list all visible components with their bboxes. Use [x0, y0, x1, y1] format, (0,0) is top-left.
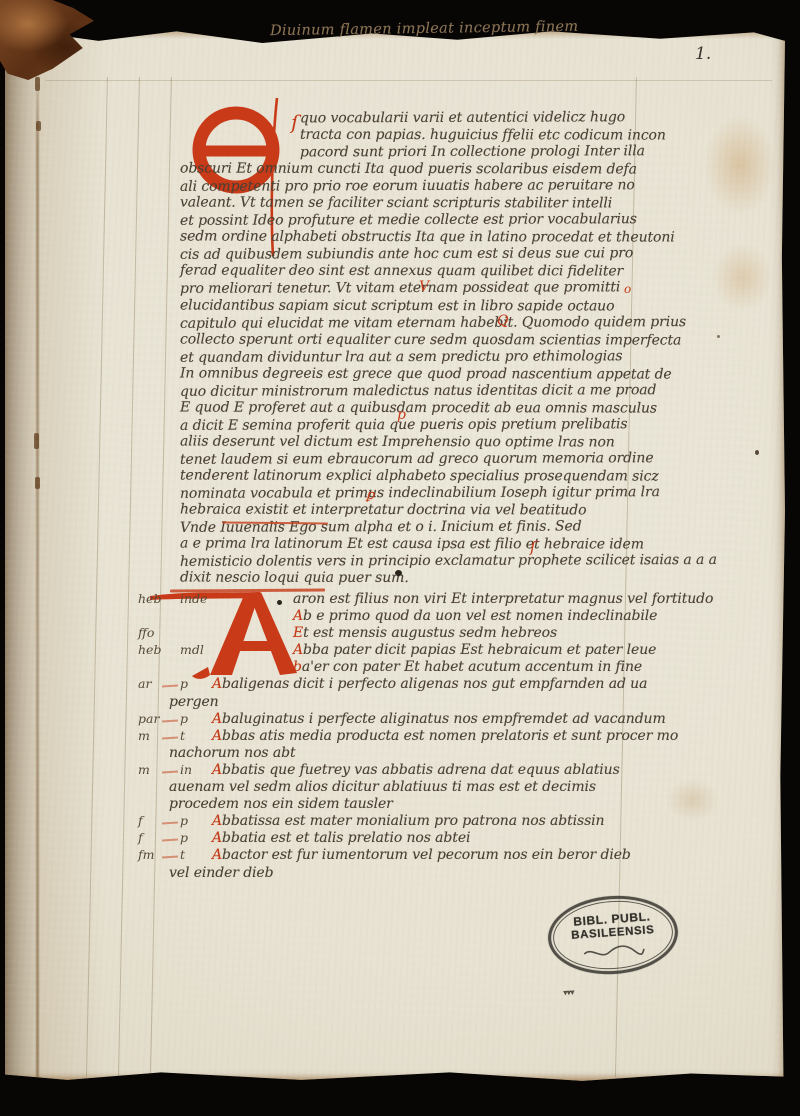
prologue-line: hemisticio dolentis vers in principio ex… — [180, 552, 652, 571]
prologue-line: capitulo qui elucidat me vitam eternam h… — [180, 314, 652, 333]
prologue-line: pro meliorari tenetur. Vt vitam eternam … — [180, 280, 652, 299]
prologue-line: tenet laudem si eum ebraucorum ad greco … — [180, 450, 652, 469]
margin-note: par — [138, 711, 159, 726]
entry-row: hebmdlAbba pater dicit papias Est hebrai… — [136, 642, 666, 659]
entry-row: auenam vel sedm alios dicitur ablatiuus … — [136, 779, 666, 796]
entry-text: vel einder dieb — [169, 865, 273, 881]
margin-note: in — [180, 762, 192, 777]
entry-row: fmtAbactor est fur iumentorum vel pecoru… — [136, 847, 666, 864]
margin-note: inde — [180, 591, 207, 606]
margin-note: ffo — [138, 625, 154, 640]
margin-note: fm — [138, 847, 154, 862]
margin-note: mdl — [180, 642, 204, 657]
entry-row: ffoEt est mensis augustus sedm hebreos — [136, 625, 666, 642]
prologue-line: et possint Ideo profuture et medie colle… — [180, 211, 652, 230]
ink-speck — [755, 450, 759, 455]
rubricated-initial: A — [212, 830, 222, 846]
rubricated-initial: A — [212, 676, 222, 692]
prologue-line: elucidantibus sapiam sicut scriptum est … — [180, 297, 652, 315]
margin-note: p — [180, 676, 188, 691]
entry-text: procedem nos ein sidem tausler — [169, 796, 393, 812]
margin-note: heb — [138, 642, 161, 657]
entry-text: Et est mensis augustus sedm hebreos — [293, 625, 557, 641]
entry-text: Abbatissa est mater monialium pro patron… — [212, 813, 604, 829]
margin-note: p — [180, 813, 188, 828]
red-margin-dash — [162, 719, 178, 722]
manuscript-photo: Diuinum flamen impleat inceptum finem 1.… — [0, 0, 800, 1116]
entry-text: Abaluginatus i perfecte aliginatus nos e… — [212, 711, 666, 727]
entry-text: Abbas atis media producta est nomen prel… — [212, 728, 678, 744]
prologue-line: aliis deserunt vel dictum est Imprehensi… — [180, 433, 652, 451]
entry-row: fpAbbatissa est mater monialium pro patr… — [136, 813, 666, 830]
ruling-line-vertical — [118, 77, 140, 1077]
red-margin-dash — [162, 685, 178, 688]
entry-text: ba'er con pater Et habet acutum accentum… — [293, 659, 642, 675]
prologue-line: hebraica existit et interpretatur doctri… — [180, 502, 652, 520]
prologue-line: E quod E proferet aut a quibusdam proced… — [180, 399, 652, 417]
entry-row: minAbbatis que fuetrey vas abbatis adren… — [136, 762, 666, 779]
margin-note: p — [180, 830, 188, 845]
rubricated-initial: A — [212, 813, 222, 829]
prologue-line: quo vocabularii varii et autentici videl… — [180, 109, 652, 128]
entry-row: arpAbaligenas dicit i perfecto aligenas … — [136, 676, 666, 693]
prologue-line: In omnibus degreeis est grece que quod p… — [180, 365, 652, 383]
rubricated-initial: b — [293, 659, 302, 675]
margin-note: f — [138, 830, 143, 845]
prologue-line: valeant. Vt tamen se faciliter sciant sc… — [180, 195, 652, 213]
prologue-line: cis ad quibusdem subiundis ante hoc cum … — [180, 246, 652, 265]
ink-blot — [395, 570, 402, 576]
prologue-line: et quandam dividuntur lra aut a sem pred… — [180, 348, 652, 367]
rubricated-initial: A — [212, 762, 222, 778]
entry-row: parpAbaluginatus i perfecte aliginatus n… — [136, 711, 666, 728]
red-margin-dash — [162, 856, 178, 859]
prologue-line: sedm ordine alphabeti obstructis Ita que… — [180, 229, 652, 247]
margin-note: p — [180, 711, 188, 726]
ink-speck — [717, 335, 720, 338]
prologue-line: ali competenti pro prio roe eorum iuuati… — [180, 177, 652, 196]
prologue-line: collecto sperunt orti equaliter cure sed… — [180, 331, 652, 349]
entry-row: procedem nos ein sidem tausler — [136, 796, 666, 813]
folio-number: 1. — [695, 44, 711, 64]
rubricated-initial: A — [293, 608, 303, 624]
library-stamp: BIBL. PUBL. BASILEENSIS — [545, 892, 680, 979]
red-margin-dash — [162, 839, 178, 842]
prologue-line: a dicit E semina proferit quia que pueri… — [180, 416, 652, 435]
red-margin-dash — [162, 770, 178, 773]
entry-row: mtAbbas atis media producta est nomen pr… — [136, 728, 666, 745]
entry-row: vel einder dieb — [136, 865, 666, 882]
entry-row: hebindearon est filius non viri Et inter… — [136, 591, 666, 608]
margin-note: heb — [138, 591, 161, 606]
prologue-line: ferad equaliter deo sint est annexus qua… — [180, 263, 652, 281]
entry-row: nachorum nos abt — [136, 745, 666, 762]
margin-note: f — [138, 813, 143, 828]
entry-text: pergen — [169, 694, 219, 710]
margin-note: m — [138, 762, 150, 777]
entries-block: hebindearon est filius non viri Et inter… — [136, 591, 666, 882]
entry-row: Ab e primo quod da uon vel est nomen ind… — [136, 608, 666, 625]
ink-smudge: ▾▾▾ — [563, 987, 589, 995]
prologue-line: tenderent latinorum explici alphabeto sp… — [180, 467, 652, 485]
margin-note: m — [138, 728, 150, 743]
ruling-line-vertical — [86, 77, 108, 1077]
prologue-line: tracta con papias. huguicius ffelii etc … — [180, 127, 652, 145]
prologue-line: quo dicitur ministrorum maledictus natus… — [180, 382, 652, 401]
entry-text: Abbatia est et talis prelatio nos abtei — [212, 830, 470, 846]
entry-row: ba'er con pater Et habet acutum accentum… — [136, 659, 666, 676]
entry-text: Abbatis que fuetrey vas abbatis adrena d… — [212, 762, 620, 778]
prologue-line: obscuri Et omnium cuncti Ita quod pueris… — [180, 161, 652, 179]
margin-note: ar — [138, 676, 151, 691]
ruling-line-vertical — [150, 77, 172, 1077]
entry-text: Abactor est fur iumentorum vel pecorum n… — [212, 847, 631, 863]
entry-row: fpAbbatia est et talis prelatio nos abte… — [136, 830, 666, 847]
entry-text: aron est filius non viri Et interpretatu… — [293, 591, 713, 607]
red-margin-dash — [162, 736, 178, 739]
prologue-line: a e prima lra latinorum Et est causa ips… — [180, 536, 652, 554]
rubricated-initial: A — [212, 711, 222, 727]
prologue-line: nominata vocabula et primus indeclinabil… — [180, 484, 652, 503]
entry-text: Abba pater dicit papias Est hebraicum et… — [293, 642, 656, 658]
prologue-line: pacord sunt priori In collectione prolog… — [180, 143, 652, 162]
rubricated-initial: A — [212, 847, 222, 863]
entry-text: nachorum nos abt — [169, 745, 296, 761]
entry-text: Abaligenas dicit i perfecto aligenas nos… — [212, 676, 647, 692]
ruling-line-horizontal — [46, 80, 772, 81]
rubricated-initial: E — [293, 625, 303, 641]
margin-note: t — [180, 728, 185, 743]
margin-note: t — [180, 847, 185, 862]
red-margin-dash — [162, 822, 178, 825]
rubricated-initial: A — [212, 728, 222, 744]
prologue-lines: quo vocabularii varii et autentici videl… — [180, 110, 652, 587]
entry-text: Ab e primo quod da uon vel est nomen ind… — [293, 608, 657, 624]
entry-row: pergen — [136, 694, 666, 711]
entry-text: auenam vel sedm alios dicitur ablatiuus … — [169, 779, 596, 795]
rubricated-initial: A — [293, 642, 303, 658]
